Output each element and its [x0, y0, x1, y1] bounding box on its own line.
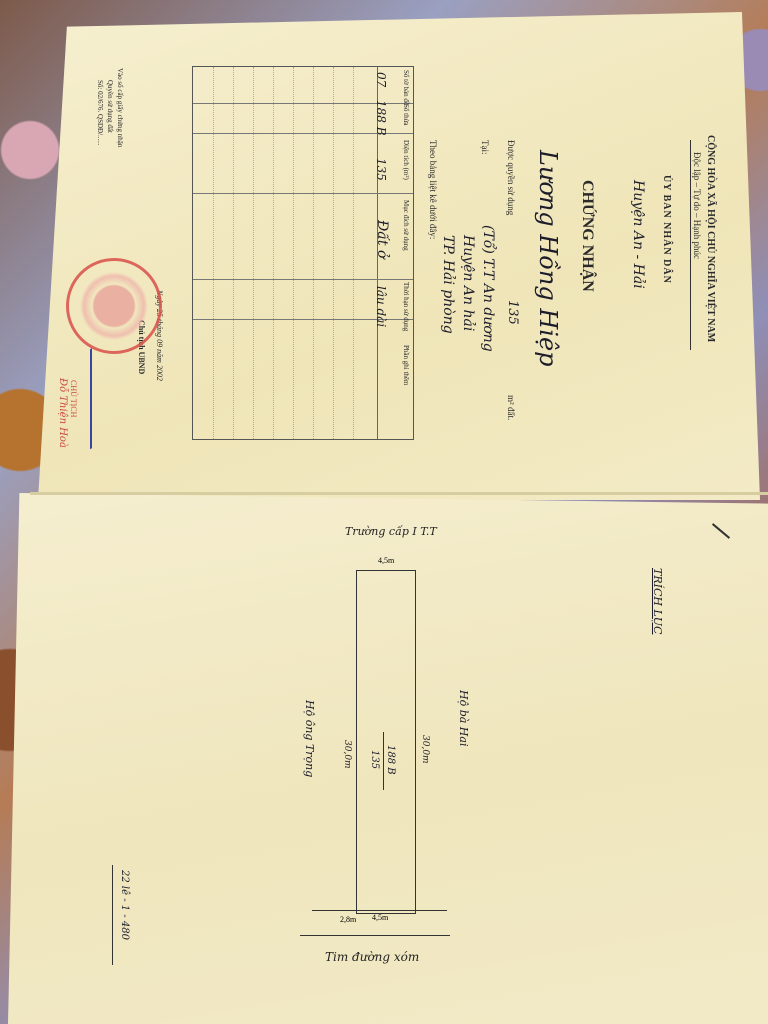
- cell-duration: lâu dài: [374, 286, 388, 327]
- west-neighbor: Hộ ông Trọng: [303, 700, 316, 777]
- south-neighbor: Tim đường xóm: [325, 950, 419, 964]
- width-bottom: 4,5m: [372, 913, 388, 922]
- th-area: Diện tích (m²): [402, 140, 410, 180]
- th-parcel-no: Số thửa: [402, 104, 410, 126]
- registry-line-3: Số: 02/676. QSDĐ/......: [96, 80, 104, 146]
- length-left: 30,0m: [342, 740, 352, 769]
- sketch-title: TRÍCH LỤC: [651, 568, 664, 634]
- certificate-title: CHỨNG NHẬN: [578, 180, 596, 292]
- cell-area: 135: [374, 158, 388, 181]
- parcel-outline: [356, 570, 416, 914]
- page-fold: [30, 492, 768, 495]
- road-boundary-line: [312, 910, 447, 911]
- location-label: Tại:: [480, 140, 490, 155]
- motto: Độc lập – Tự do – Hạnh phúc: [692, 152, 702, 259]
- area-unit: m² đất.: [506, 395, 516, 420]
- cell-map-sheet: 07: [374, 72, 388, 87]
- location-line-1: (Tổ) T.T An dương: [480, 225, 496, 352]
- location-line-3: TP. Hải phòng: [440, 235, 456, 334]
- location-line-2: Huyện An hải: [460, 235, 476, 331]
- cell-purpose: Đất ở: [374, 220, 390, 258]
- length-right: 30,0m: [420, 735, 430, 764]
- setback: 2,8m: [340, 915, 356, 924]
- signer-name: Đỗ Thiện Hoà: [57, 378, 68, 448]
- signature: [90, 331, 122, 449]
- table-intro: Theo bảng liệt kê dưới đây:: [428, 140, 438, 239]
- th-duration: Thời hạn sử dụng: [402, 282, 410, 331]
- th-notes: Phần ghi thêm: [402, 345, 410, 385]
- district: Huyện An - Hải: [630, 180, 646, 289]
- east-neighbor: Hộ bà Hai: [457, 690, 470, 746]
- national-title: CỘNG HÒA XÃ HỘI CHỦ NGHĨA VIỆT NAM: [705, 135, 716, 342]
- parcel-area: 135: [369, 750, 380, 769]
- parcel-fraction-line: [383, 732, 384, 790]
- sketch-note: 22 lê - 1 - 480: [119, 870, 130, 940]
- area-label: Được quyền sử dụng: [506, 140, 516, 215]
- north-neighbor: Trường cấp I T.T: [345, 525, 437, 538]
- header-divider: [690, 140, 691, 350]
- registry-line-1: Vào sổ cấp giấy chứng nhận: [116, 68, 124, 147]
- road-centerline: [300, 935, 450, 936]
- issuer: ỦY BAN NHÂN DÂN: [661, 175, 672, 284]
- note-underline: [112, 865, 113, 965]
- width-top: 4,5m: [378, 556, 394, 565]
- holder-name: Lương Hồng Hiệp: [534, 150, 562, 367]
- registry-line-2: Quyền sử dụng đất: [106, 80, 114, 133]
- th-purpose: Mục đích sử dụng: [402, 200, 410, 251]
- th-map-sheet: Số tờ bản đồ: [402, 70, 410, 105]
- stamp-role: CHỦ TỊCH: [69, 380, 78, 417]
- cell-parcel-no: 188 B: [374, 100, 388, 136]
- parcel-label: 188 B: [385, 745, 396, 775]
- area-value: 135: [505, 300, 520, 325]
